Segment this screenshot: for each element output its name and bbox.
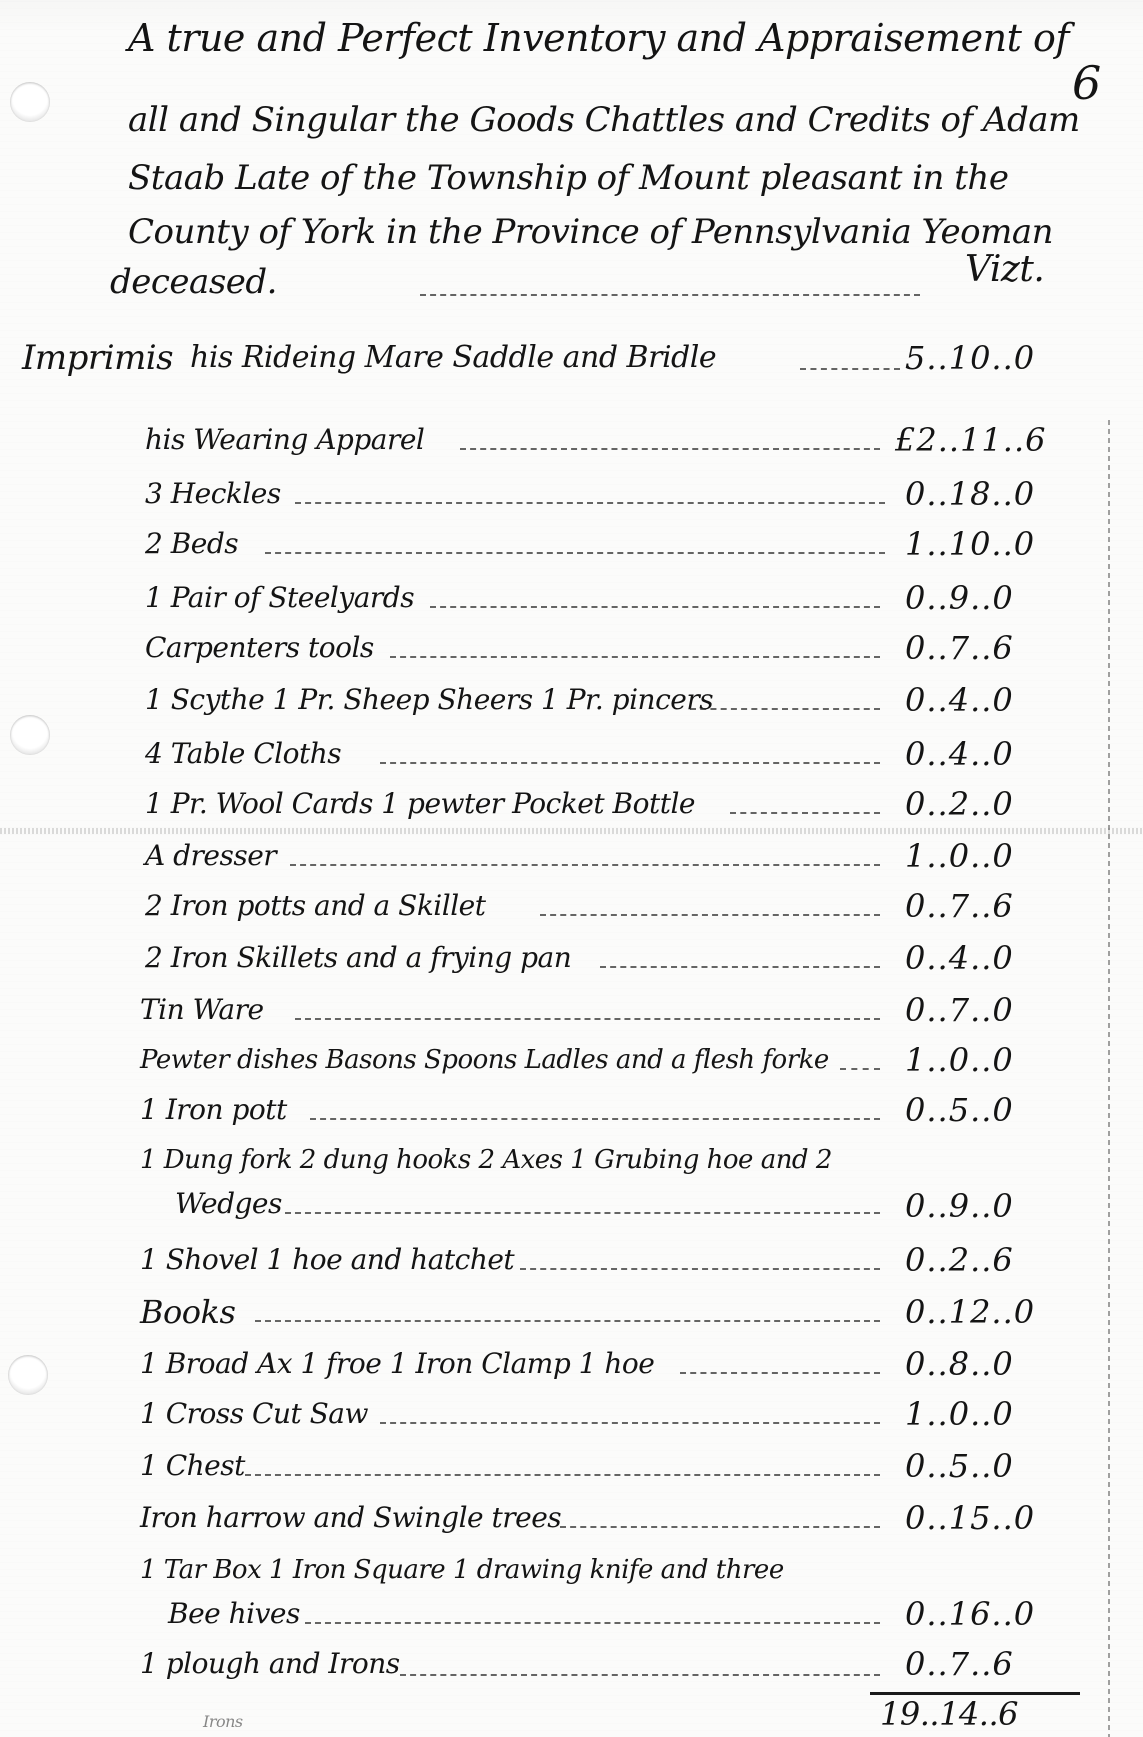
inventory-row: 4 Table Cloths 0..4..0 xyxy=(0,734,1100,780)
viz-label: Vizt. xyxy=(965,250,1044,290)
faint-mark: Irons xyxy=(203,1712,243,1731)
item-amount: 0..7..0 xyxy=(905,990,1075,1030)
total-amount: 19..14..6 xyxy=(880,1694,1018,1734)
item-amount: 0..16..0 xyxy=(905,1594,1075,1634)
inventory-row: 3 Heckles 0..18..0 xyxy=(0,474,1100,520)
item-description: 2 Beds xyxy=(145,524,238,564)
item-description: his Wearing Apparel xyxy=(145,420,424,460)
inventory-row: Iron harrow and Swingle trees 0..15..0 xyxy=(0,1498,1100,1544)
inventory-row: 1 Scythe 1 Pr. Sheep Sheers 1 Pr. pincer… xyxy=(0,680,1100,726)
inventory-row: Imprimis his Rideing Mare Saddle and Bri… xyxy=(0,338,1100,384)
inventory-row: 1 plough and Irons 0..7..6 xyxy=(0,1644,1100,1690)
item-amount: 1..10..0 xyxy=(905,524,1075,564)
inventory-row: 1 Chest 0..5..0 xyxy=(0,1446,1100,1492)
item-amount: 1..0..0 xyxy=(905,1040,1075,1080)
item-description: 1 Iron pott xyxy=(140,1090,287,1130)
item-amount: 0..9..0 xyxy=(905,578,1075,618)
item-amount: 0..4..0 xyxy=(905,734,1075,774)
item-amount: 0..9..0 xyxy=(905,1186,1075,1226)
inventory-row: his Wearing Apparel £2..11..6 xyxy=(0,420,1100,466)
header-leader xyxy=(0,270,1100,316)
item-description: 2 Iron potts and a Skillet xyxy=(145,886,486,926)
item-description-continued: Bee hives xyxy=(168,1594,300,1634)
inventory-row: 2 Iron Skillets and a frying pan 0..4..0 xyxy=(0,938,1100,984)
item-amount: 0..12..0 xyxy=(905,1292,1075,1332)
item-amount: 0..5..0 xyxy=(905,1446,1075,1486)
inventory-row: Books 0..12..0 xyxy=(0,1292,1100,1338)
item-amount: 0..15..0 xyxy=(905,1498,1075,1538)
item-description: 1 Pr. Wool Cards 1 pewter Pocket Bottle xyxy=(145,784,695,824)
header-line-2: all and Singular the Goods Chattles and … xyxy=(128,100,1080,140)
item-amount: 1..0..0 xyxy=(905,1394,1075,1434)
header-line-4: County of York in the Province of Pennsy… xyxy=(128,212,1053,252)
item-description: Books xyxy=(140,1292,235,1332)
inventory-row: Pewter dishes Basons Spoons Ladles and a… xyxy=(0,1040,1100,1086)
inventory-row: 1 Cross Cut Saw 1..0..0 xyxy=(0,1394,1100,1440)
item-description: 1 Pair of Steelyards xyxy=(145,578,414,618)
item-amount: 0..2..6 xyxy=(905,1240,1075,1280)
inventory-row: A dresser 1..0..0 xyxy=(0,836,1100,882)
inventory-row: 2 Beds 1..10..0 xyxy=(0,524,1100,570)
item-description: A dresser xyxy=(145,836,276,876)
inventory-row: 1 Broad Ax 1 froe 1 Iron Clamp 1 hoe 0..… xyxy=(0,1344,1100,1390)
inventory-row: 1 Pr. Wool Cards 1 pewter Pocket Bottle … xyxy=(0,784,1100,830)
item-description: 1 Cross Cut Saw xyxy=(140,1394,368,1434)
header-line-3: Staab Late of the Township of Mount plea… xyxy=(128,158,1008,198)
item-amount: 0..4..0 xyxy=(905,680,1075,720)
item-amount: 0..5..0 xyxy=(905,1090,1075,1130)
punch-hole-top xyxy=(10,82,50,122)
header-line-1: A true and Perfect Inventory and Apprais… xyxy=(128,18,1069,58)
item-amount: 0..7..6 xyxy=(905,1644,1075,1684)
inventory-row: 1 Shovel 1 hoe and hatchet 0..2..6 xyxy=(0,1240,1100,1286)
item-amount: 0..18..0 xyxy=(905,474,1075,514)
item-description: 1 Scythe 1 Pr. Sheep Sheers 1 Pr. pincer… xyxy=(145,680,713,720)
inventory-row: 1 Tar Box 1 Iron Square 1 drawing knife … xyxy=(0,1550,1100,1650)
item-amount: 0..8..0 xyxy=(905,1344,1075,1384)
vertical-fold-line xyxy=(1108,420,1110,1737)
item-description: 1 Shovel 1 hoe and hatchet xyxy=(140,1240,514,1280)
item-description-continued: Wedges xyxy=(175,1184,282,1224)
inventory-row: Carpenters tools 0..7..6 xyxy=(0,628,1100,674)
item-amount: 0..2..0 xyxy=(905,784,1075,824)
item-description: Pewter dishes Basons Spoons Ladles and a… xyxy=(140,1040,829,1080)
item-description: 4 Table Cloths xyxy=(145,734,341,774)
item-description: 1 Broad Ax 1 froe 1 Iron Clamp 1 hoe xyxy=(140,1344,654,1384)
inventory-row: 1 Iron pott 0..5..0 xyxy=(0,1090,1100,1136)
inventory-row: 1 Dung fork 2 dung hooks 2 Axes 1 Grubin… xyxy=(0,1140,1100,1240)
inventory-row: Tin Ware 0..7..0 xyxy=(0,990,1100,1036)
item-amount: 1..0..0 xyxy=(905,836,1075,876)
item-description: 1 plough and Irons xyxy=(140,1644,400,1684)
item-description: Iron harrow and Swingle trees xyxy=(140,1498,561,1538)
scanned-document-page: A true and Perfect Inventory and Apprais… xyxy=(0,0,1143,1737)
item-description: 1 Dung fork 2 dung hooks 2 Axes 1 Grubin… xyxy=(140,1140,832,1180)
item-description: 2 Iron Skillets and a frying pan xyxy=(145,938,571,978)
item-description: his Rideing Mare Saddle and Bridle xyxy=(190,338,716,378)
item-amount: 0..4..0 xyxy=(905,938,1075,978)
item-amount: 0..7..6 xyxy=(905,886,1075,926)
item-description: 3 Heckles xyxy=(145,474,281,514)
inventory-row: 2 Iron potts and a Skillet 0..7..6 xyxy=(0,886,1100,932)
item-amount: 0..7..6 xyxy=(905,628,1075,668)
item-amount: 5..10..0 xyxy=(905,338,1075,378)
item-description: Tin Ware xyxy=(140,990,264,1030)
item-amount: £2..11..6 xyxy=(895,420,1065,460)
item-description: 1 Chest xyxy=(140,1446,245,1486)
item-description: Carpenters tools xyxy=(145,628,374,668)
item-description: 1 Tar Box 1 Iron Square 1 drawing knife … xyxy=(140,1550,784,1590)
inventory-row: 1 Pair of Steelyards 0..9..0 xyxy=(0,578,1100,624)
imprimis-label: Imprimis xyxy=(22,338,173,378)
